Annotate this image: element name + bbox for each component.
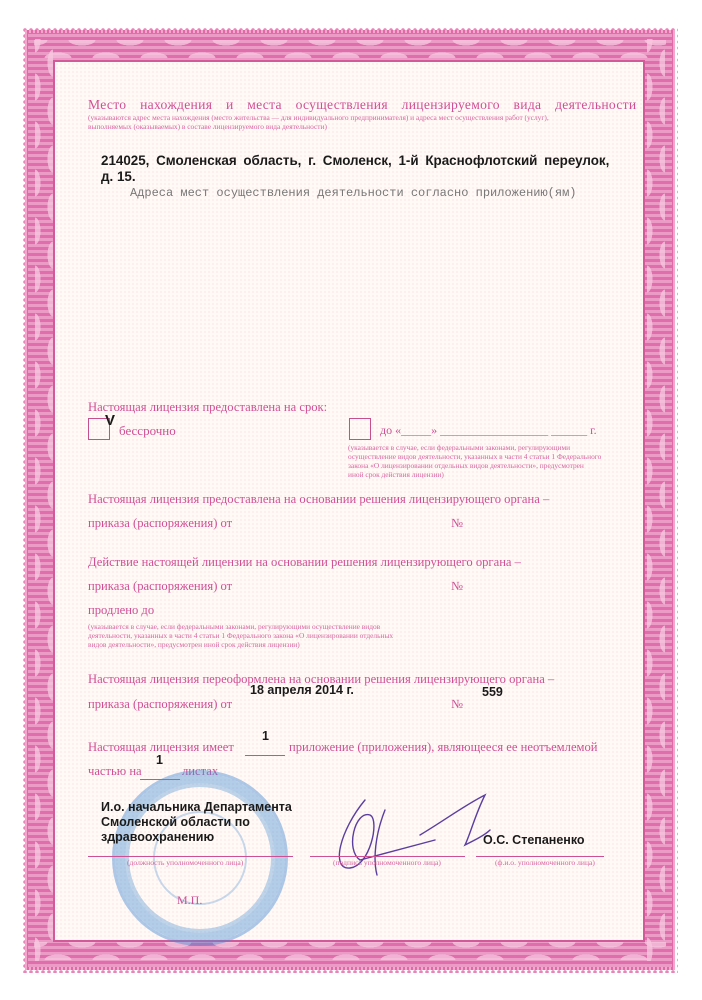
reissue-number-sign: № (451, 697, 463, 712)
term-heading: Настоящая лицензия предоставлена на срок… (88, 400, 327, 415)
frame-wave-left (35, 39, 53, 961)
extension-note-3: видов деятельности», предусмотрен иной с… (88, 640, 300, 650)
extension-number-sign: № (451, 579, 463, 594)
reissue-order-date: 18 апреля 2014 г. (250, 683, 354, 697)
address-line1: 214025, Смоленская область, г. Смоленск,… (101, 153, 609, 168)
addresses-note: Адреса мест осуществления деятельности с… (130, 186, 576, 200)
sheet-count: 1 (156, 753, 163, 767)
reissue-line2: приказа (распоряжения) от (88, 697, 232, 712)
reissue-order-number: 559 (482, 685, 503, 699)
position-line3: здравоохранению (101, 830, 214, 844)
unlimited-checkmark: V (105, 412, 115, 429)
name-caption: (ф.и.о. уполномоченного лица) (495, 858, 595, 868)
until-label: до «_____» __________________ ______ г. (380, 423, 597, 438)
extension-line1: Действие настоящей лицензии на основании… (88, 555, 521, 570)
signature-underline (310, 856, 465, 857)
extension-line2: приказа (распоряжения) от (88, 579, 232, 594)
extended-label: продлено до (88, 603, 154, 618)
unlimited-label: бессрочно (119, 423, 176, 439)
signature-caption: (подпись уполномоченного лица) (333, 858, 441, 868)
place-heading: Место нахождения и места осуществления л… (88, 97, 636, 113)
appendix-line2-prefix: частью на (88, 764, 142, 779)
appendix-count-underline (245, 755, 285, 756)
address-line2: д. 15. (101, 169, 136, 184)
position-line1: И.о. начальника Департамента (101, 800, 292, 814)
appendix-line1-suffix: приложение (приложения), являющееся ее н… (289, 740, 598, 755)
until-checkbox[interactable] (349, 418, 371, 440)
position-line2: Смоленской области по (101, 815, 250, 829)
name-underline (476, 856, 604, 857)
frame-wave-top (34, 40, 666, 58)
frame-wave-bottom (34, 942, 666, 960)
appendix-count: 1 (262, 729, 269, 743)
signatory-name: О.С. Степаненко (483, 833, 585, 847)
granted-line1: Настоящая лицензия предоставлена на осно… (88, 492, 549, 507)
granted-line2: приказа (распоряжения) от (88, 516, 232, 531)
seal-label: М.П. (177, 893, 202, 908)
granted-number-sign: № (451, 516, 463, 531)
frame-wave-right (647, 39, 665, 961)
position-underline (88, 856, 293, 857)
until-note-4: иной срок действия лицензии) (348, 470, 444, 480)
position-caption: (должность уполномоченного лица) (127, 858, 243, 868)
place-note-line2: выполняемых (оказываемых) в составе лице… (88, 122, 327, 132)
